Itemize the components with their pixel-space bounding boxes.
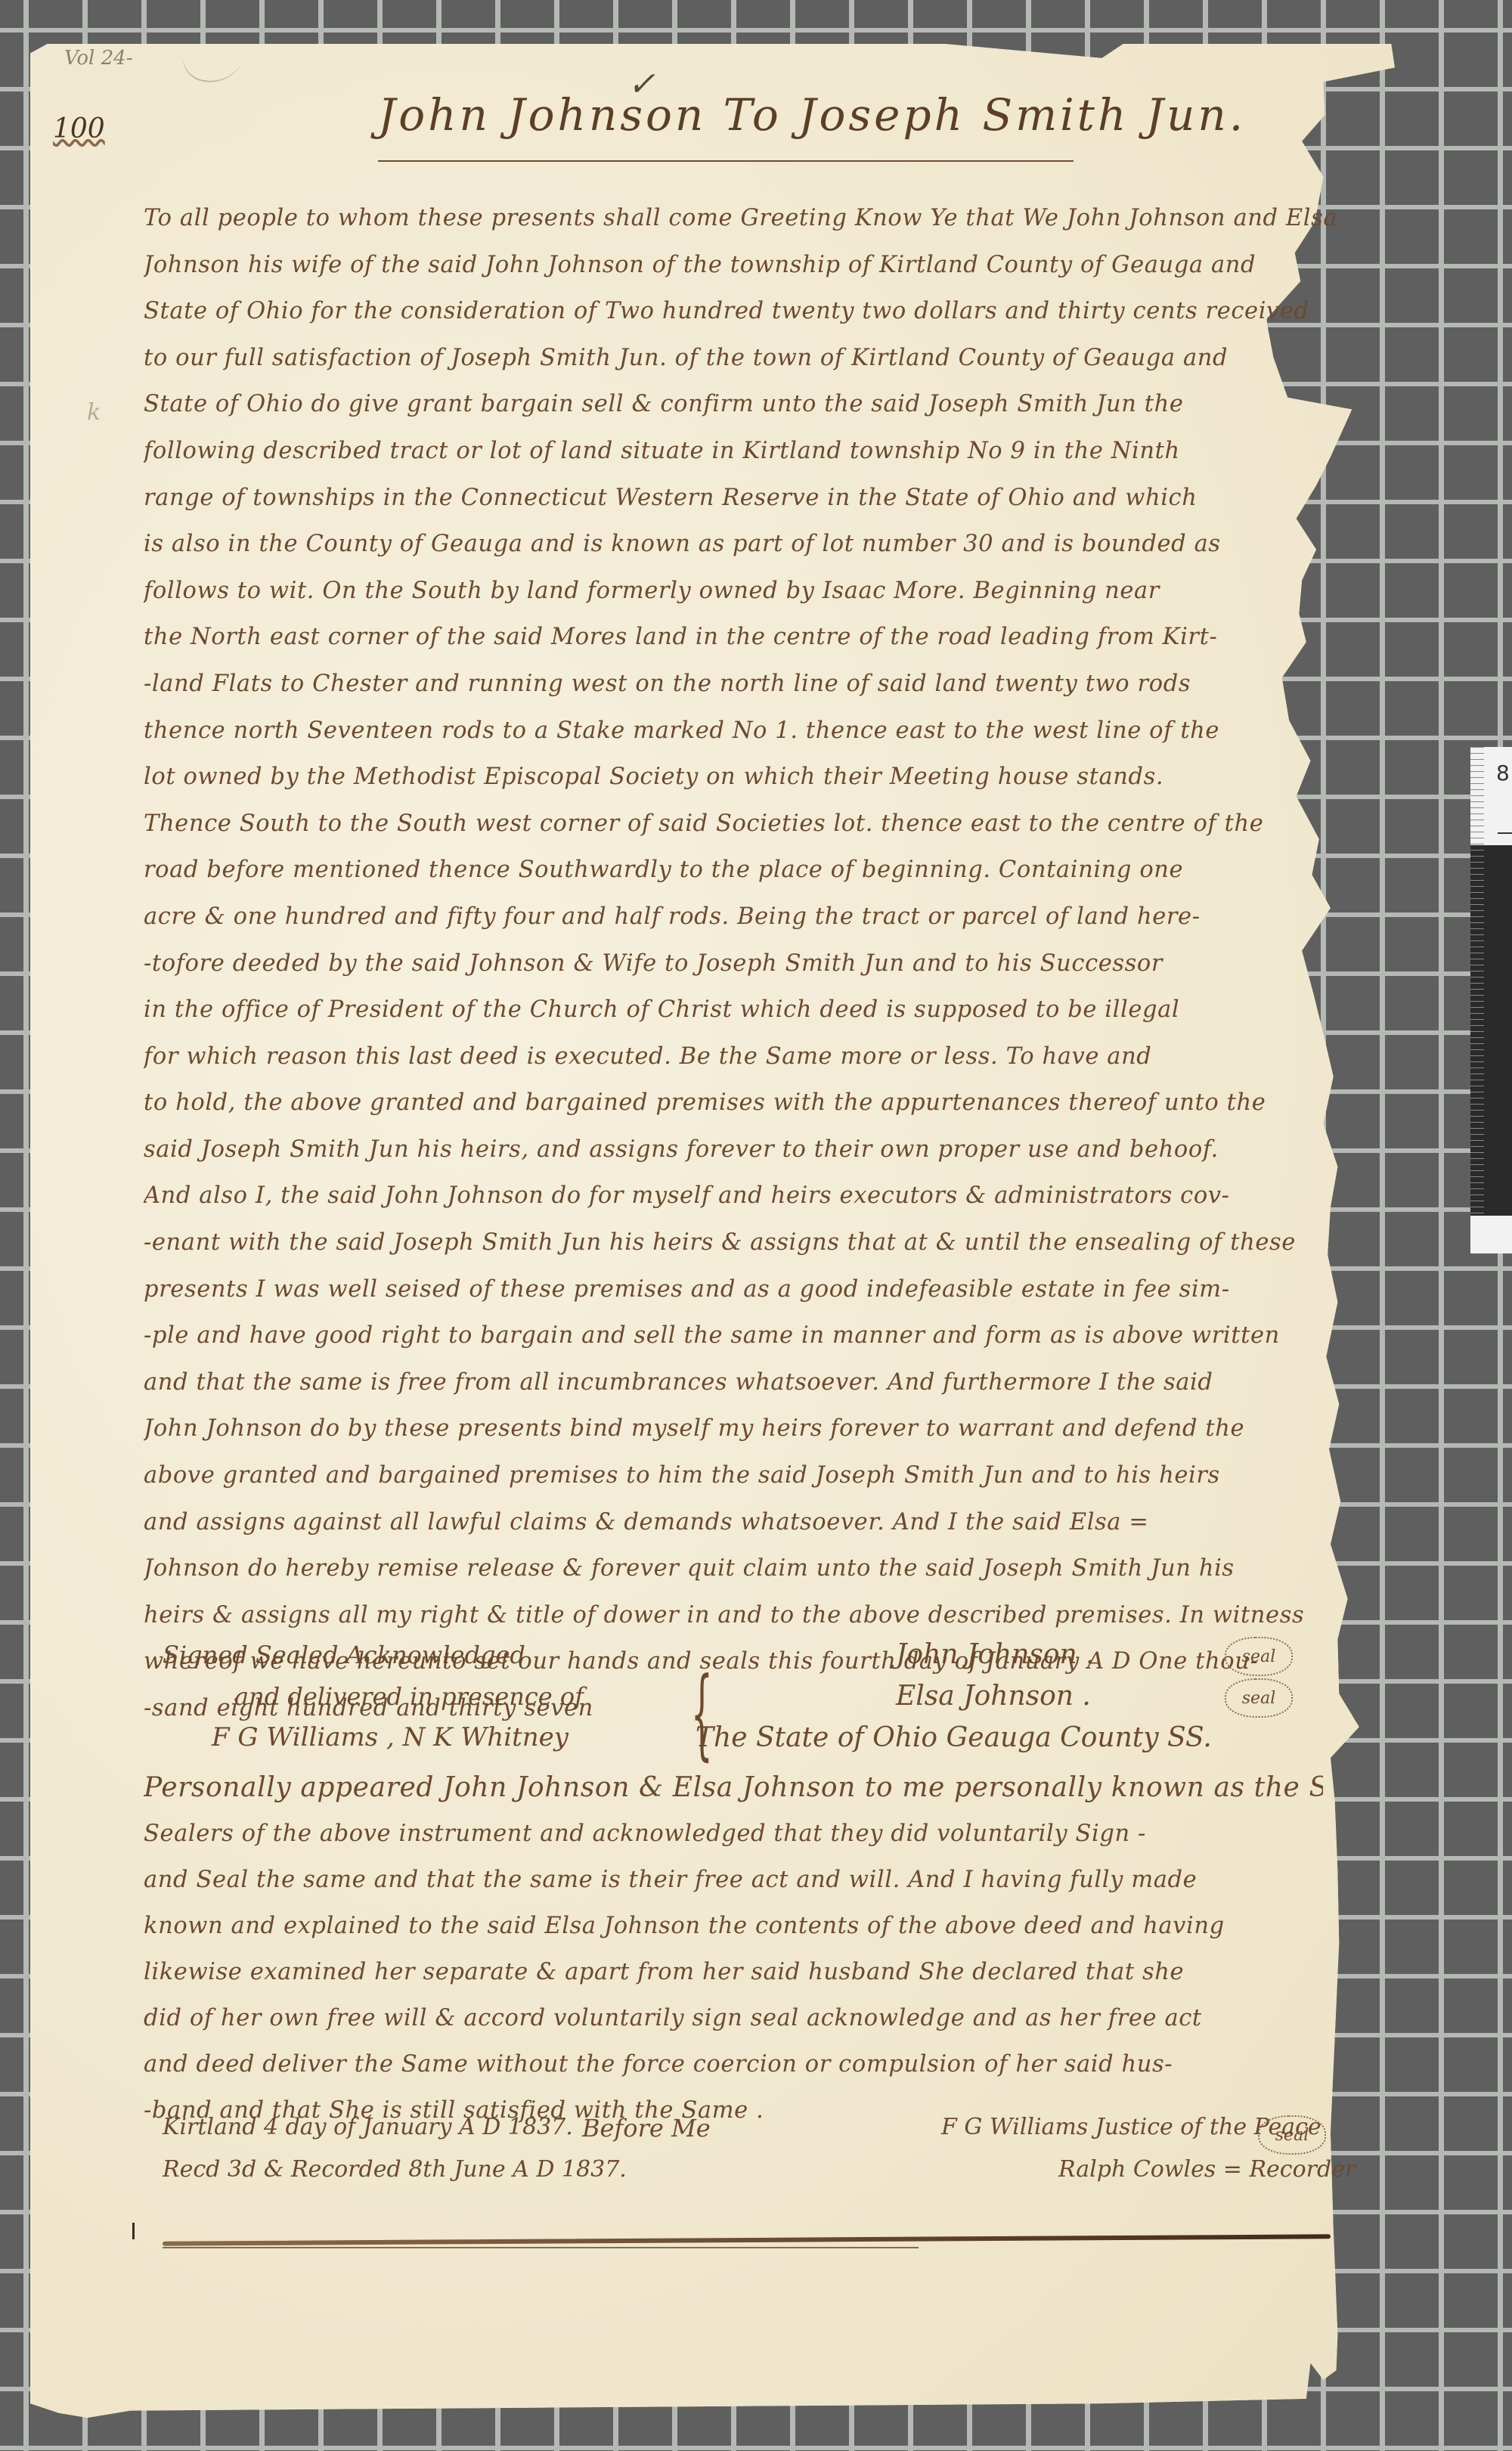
volume-note: Vol 24- [64,47,133,70]
deed-title: John Johnson To Joseph Smith Jun. [378,89,1246,141]
text-line: Personally appeared John Johnson & Elsa … [144,1765,1323,1811]
text-line: known and explained to the said Elsa Joh… [144,1903,1323,1949]
text-line: Sealers of the above instrument and ackn… [144,1811,1323,1857]
text-line: above granted and bargained premises to … [144,1452,1338,1499]
recorder-signature: Ralph Cowles = Recorder [1058,2156,1356,2183]
margin-tick-mark [132,2223,135,2239]
text-line: and deed deliver the Same without the fo… [144,2041,1323,2087]
signature-john-johnson: John Johnson . [896,1639,1095,1670]
text-line: -land Flats to Chester and running west … [144,661,1338,708]
witness-names: F G Williams , N K Whitney [212,1722,569,1752]
text-line: likewise examined her separate & apart f… [144,1949,1323,1995]
scale-bar-white-segment-lower [1470,1216,1512,1253]
text-line: presents I was well seised of these prem… [144,1266,1338,1313]
seal-icon: seal [1225,1678,1293,1718]
text-line: said Joseph Smith Jun his heirs, and ass… [144,1126,1338,1173]
text-line: is also in the County of Geauga and is k… [144,521,1338,568]
text-line: and that the same is free from all incum… [144,1359,1338,1406]
recording-note: Recd 3d & Recorded 8th June A D 1837. [163,2156,627,2183]
witness-line-2: and delivered in presence of [234,1682,584,1711]
text-line: To all people to whom these presents sha… [144,195,1338,242]
pencil-mark: k [87,399,101,426]
scale-bar: 8 [1470,747,1512,1253]
venue-line: The State of Ohio Geauga County SS. [696,1722,1212,1753]
deed-body: To all people to whom these presents sha… [144,195,1338,1732]
text-line: Johnson do hereby remise release & forev… [144,1545,1338,1592]
text-line: -ple and have good right to bargain and … [144,1312,1338,1359]
brace-mark: { [691,1656,713,1771]
text-line: to hold, the above granted and bargained… [144,1080,1338,1126]
text-line: John Johnson do by these presents bind m… [144,1405,1338,1452]
text-line: thence north Seventeen rods to a Stake m… [144,708,1338,755]
text-line: State of Ohio do give grant bargain sell… [144,381,1338,428]
scale-bar-label: 8 [1496,761,1510,785]
text-line: in the office of President of the Church… [144,987,1338,1033]
seal-icon: seal [1225,1637,1293,1676]
text-line: for which reason this last deed is execu… [144,1033,1338,1080]
text-line: and Seal the same and that the same is t… [144,1857,1323,1903]
text-line: Johnson his wife of the said John Johnso… [144,242,1338,289]
text-line: -enant with the said Joseph Smith Jun hi… [144,1219,1338,1266]
title-underline [378,160,1074,162]
witness-line-1: Signed Sealed Acknowledged [163,1641,525,1669]
text-line: did of her own free will & accord volunt… [144,1995,1323,2041]
closing-rule-thin [163,2247,919,2248]
seal-icon: seal [1258,2115,1326,2155]
text-line: Thence South to the South west corner of… [144,801,1338,847]
text-line: State of Ohio for the consideration of T… [144,288,1338,335]
before-me-text: Before Me [582,2114,711,2143]
text-line: -tofore deeded by the said Johnson & Wif… [144,940,1338,987]
text-line: road before mentioned thence Southwardly… [144,847,1338,894]
acknowledgment-body: Personally appeared John Johnson & Elsa … [144,1765,1323,2133]
text-line: range of townships in the Connecticut We… [144,475,1338,522]
scale-bar-ticks [1470,747,1484,1253]
text-line: heirs & assigns all my right & title of … [144,1592,1338,1639]
page-number: 100 [53,113,105,144]
text-line: following described tract or lot of land… [144,428,1338,475]
text-line: and assigns against all lawful claims & … [144,1499,1338,1546]
text-line: And also I, the said John Johnson do for… [144,1173,1338,1219]
text-line: follows to wit. On the South by land for… [144,568,1338,615]
text-line: lot owned by the Methodist Episcopal Soc… [144,754,1338,801]
signature-elsa-johnson: Elsa Johnson . [896,1681,1091,1712]
scale-bar-long-tick [1498,832,1512,834]
text-line: acre & one hundred and fifty four and ha… [144,894,1338,940]
text-line: the North east corner of the said Mores … [144,614,1338,661]
certification-dateline: Kirtland 4 day of January A D 1837. [163,2114,573,2140]
text-line: to our full satisfaction of Joseph Smith… [144,335,1338,382]
